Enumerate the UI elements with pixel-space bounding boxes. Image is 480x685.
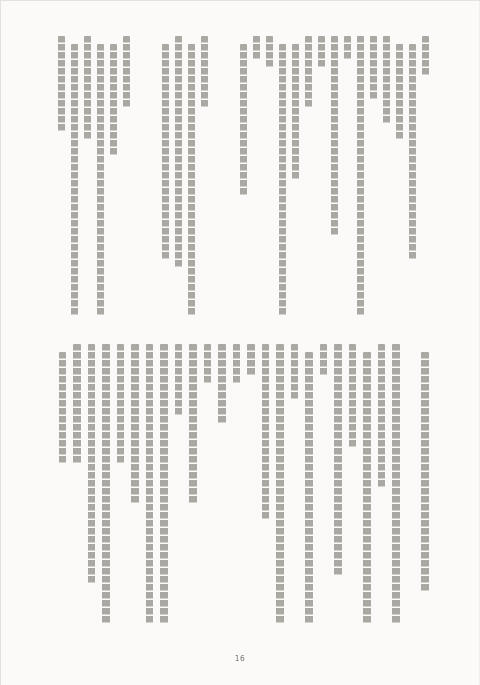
redacted-text-bar: [58, 36, 66, 132]
redacted-text-bar: [240, 44, 248, 196]
upper-text-block: [55, 36, 432, 320]
redacted-text-bar: [247, 344, 255, 376]
text-column: [81, 36, 94, 320]
redacted-text-bar: [146, 344, 154, 624]
redacted-text-bar: [123, 36, 131, 108]
redacted-text-bar: [117, 344, 125, 464]
text-column: [244, 344, 259, 628]
page-number: 16: [0, 654, 480, 663]
text-column: [185, 36, 198, 320]
redacted-text-bar: [188, 44, 196, 316]
redacted-text-bar: [162, 44, 170, 260]
redacted-text-bar: [110, 44, 118, 156]
blank-separator-column: [224, 36, 237, 320]
text-column: [113, 344, 128, 628]
redacted-text-bar: [392, 344, 400, 624]
redacted-text-bar: [344, 36, 352, 60]
text-column: [328, 36, 341, 320]
redacted-text-bar: [233, 344, 241, 384]
text-column: [289, 36, 302, 320]
text-column: [418, 344, 433, 628]
lower-text-block: [55, 344, 432, 628]
text-column: [287, 344, 302, 628]
redacted-text-bar: [262, 344, 270, 520]
redacted-text-bar: [73, 344, 81, 464]
redacted-text-bar: [175, 344, 183, 416]
redacted-text-bar: [331, 36, 339, 236]
text-column: [302, 36, 315, 320]
blank-separator-column: [211, 36, 224, 320]
redacted-text-bar: [102, 344, 110, 624]
redacted-text-bar: [422, 36, 430, 76]
redacted-text-bar: [421, 352, 429, 592]
redacted-text-bar: [318, 36, 326, 68]
text-column: [393, 36, 406, 320]
text-column: [186, 344, 201, 628]
text-column: [198, 36, 211, 320]
redacted-text-bar: [204, 344, 212, 384]
redacted-text-bar: [201, 36, 209, 108]
text-column: [331, 344, 346, 628]
text-column: [55, 36, 68, 320]
text-column: [315, 36, 328, 320]
redacted-text-bar: [363, 352, 371, 624]
text-column: [380, 36, 393, 320]
text-column: [200, 344, 215, 628]
redacted-text-bar: [253, 36, 261, 60]
text-column: [171, 344, 186, 628]
redacted-text-bar: [276, 344, 284, 624]
text-column: [273, 344, 288, 628]
redacted-text-bar: [291, 344, 299, 400]
text-column: [258, 344, 273, 628]
text-column: [389, 344, 404, 628]
redacted-text-bar: [97, 44, 105, 316]
redacted-text-bar: [84, 36, 92, 140]
redacted-text-bar: [160, 344, 168, 624]
text-column: [406, 36, 419, 320]
text-column: [229, 344, 244, 628]
blank-separator-column: [403, 344, 418, 628]
text-column: [374, 344, 389, 628]
text-column: [367, 36, 380, 320]
text-column: [120, 36, 133, 320]
text-column: [172, 36, 185, 320]
blank-separator-column: [146, 36, 159, 320]
redacted-text-bar: [71, 44, 79, 316]
text-column: [70, 344, 85, 628]
text-column: [316, 344, 331, 628]
redacted-text-bar: [189, 344, 197, 504]
text-column: [107, 36, 120, 320]
text-column: [215, 344, 230, 628]
redacted-text-bar: [175, 36, 183, 268]
redacted-text-bar: [305, 36, 313, 108]
text-column: [341, 36, 354, 320]
text-column: [157, 344, 172, 628]
text-column: [302, 344, 317, 628]
redacted-text-bar: [370, 36, 378, 100]
redacted-text-bar: [357, 36, 365, 316]
text-column: [263, 36, 276, 320]
redacted-text-bar: [320, 344, 328, 376]
redacted-text-bar: [279, 44, 287, 316]
text-column: [99, 344, 114, 628]
text-column: [354, 36, 367, 320]
text-column: [360, 344, 375, 628]
text-column: [68, 36, 81, 320]
blank-separator-column: [133, 36, 146, 320]
text-column: [237, 36, 250, 320]
redacted-text-bar: [409, 44, 417, 260]
redacted-text-bar: [383, 36, 391, 124]
redacted-text-bar: [218, 344, 226, 424]
redacted-text-bar: [396, 44, 404, 140]
redacted-text-bar: [88, 344, 96, 584]
text-column: [159, 36, 172, 320]
text-column: [250, 36, 263, 320]
redacted-text-bar: [305, 352, 313, 624]
redacted-text-bar: [349, 344, 357, 448]
text-column: [419, 36, 432, 320]
text-column: [94, 36, 107, 320]
scanned-book-page: 16: [0, 0, 480, 685]
redacted-text-bar: [292, 44, 300, 180]
redacted-text-bar: [334, 344, 342, 576]
text-column: [84, 344, 99, 628]
redacted-text-bar: [266, 36, 274, 68]
text-column: [276, 36, 289, 320]
text-column: [345, 344, 360, 628]
text-column: [55, 344, 70, 628]
redacted-text-bar: [59, 352, 67, 464]
text-column: [128, 344, 143, 628]
redacted-text-bar: [131, 344, 139, 504]
text-column: [142, 344, 157, 628]
redacted-text-bar: [378, 344, 386, 488]
